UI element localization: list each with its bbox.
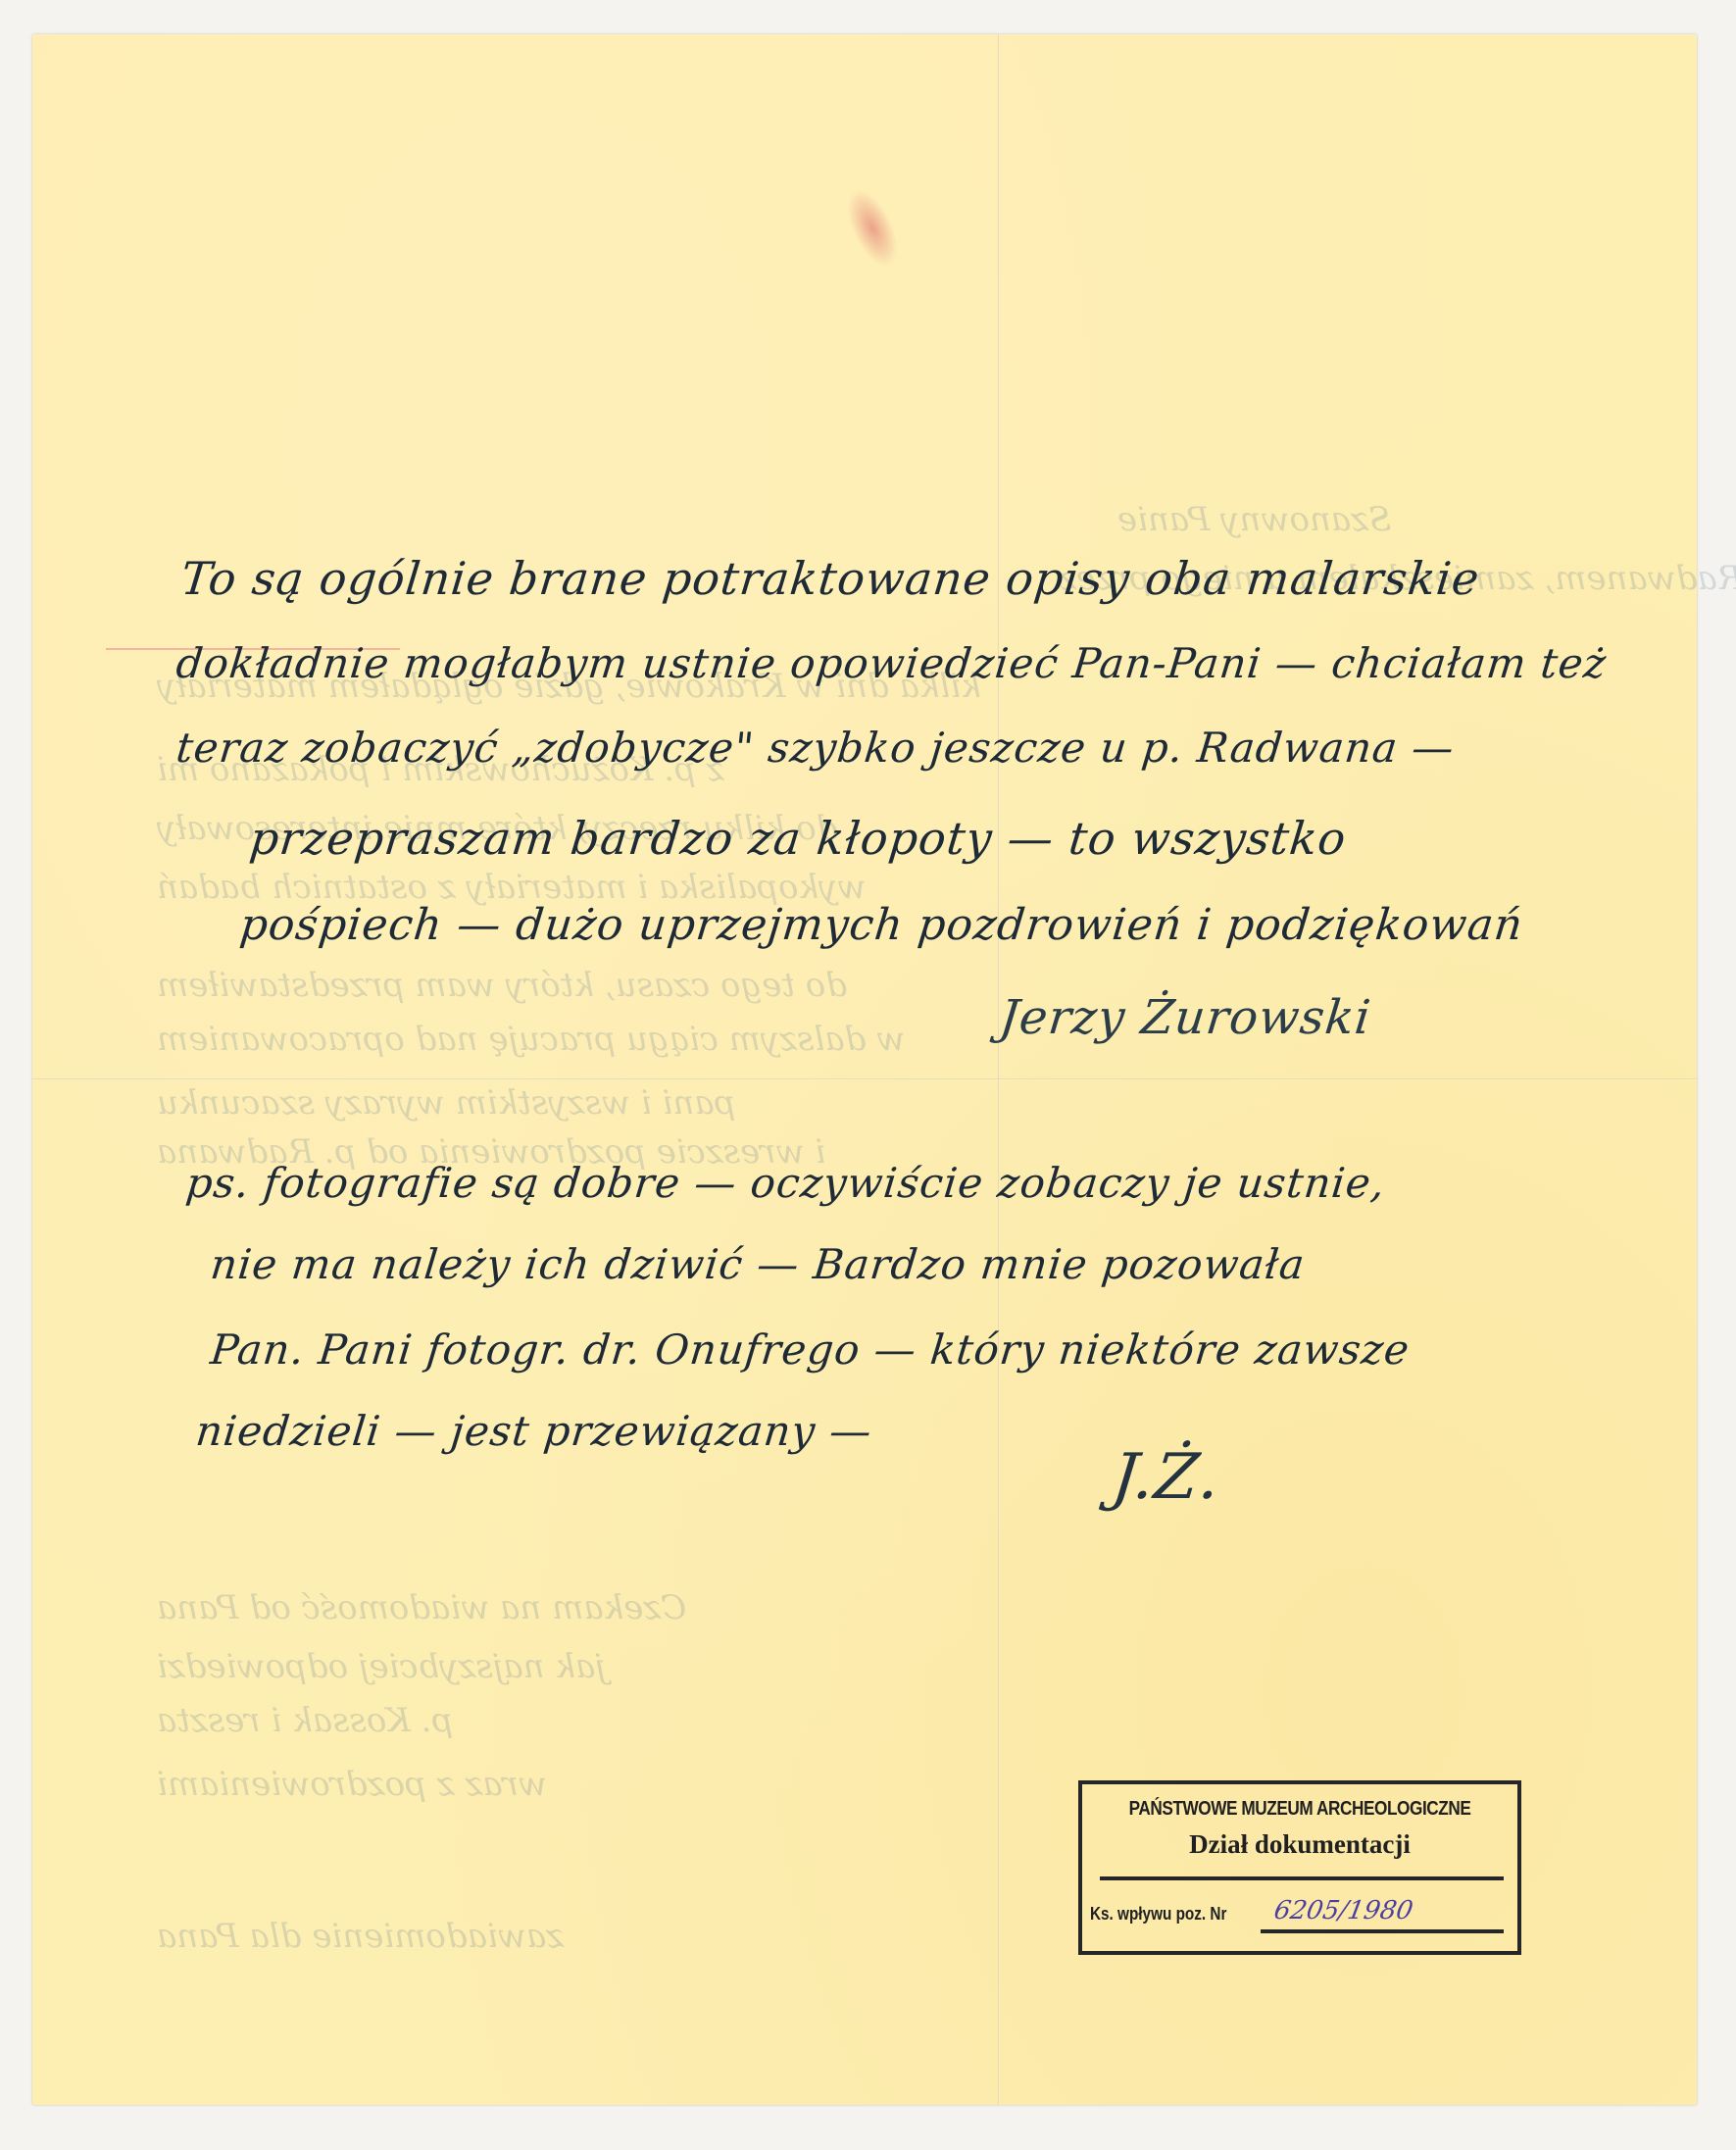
letter-line-4: przepraszam bardzo za kłopoty — to wszys… xyxy=(247,812,1349,865)
postscript-line-3: Pan. Pani fotogr. dr. Onufrego — który n… xyxy=(208,1325,1412,1374)
stamp-registry-underline xyxy=(1261,1929,1504,1933)
letter-line-3: teraz zobaczyć „zdobycze" szybko jeszcze… xyxy=(174,724,1457,772)
letter-line-5: pośpiech — dużo uprzejmych pozdrowień i … xyxy=(237,900,1525,950)
stamp-institution: PAŃSTWOWE MUZEUM ARCHEOLOGICZNE xyxy=(1113,1798,1487,1821)
stamp-department: Dział dokumentacji xyxy=(1082,1829,1517,1860)
letter-line-2: dokładnie mogłabym ustnie opowiedzieć Pa… xyxy=(174,639,1609,687)
horizontal-fold-crease xyxy=(32,1078,1697,1080)
signature-initials: J.Ż. xyxy=(1109,1441,1224,1514)
stamp-divider xyxy=(1100,1876,1504,1880)
postscript-line-2: nie ma należy ich dziwić — Bardzo mnie p… xyxy=(208,1240,1307,1288)
postscript-line-4: niedzieli — jest przewiązany — xyxy=(193,1407,874,1455)
signature-full: Jerzy Żurowski xyxy=(997,990,1373,1045)
letter-line-1: To są ogólnie brane potraktowane opisy o… xyxy=(178,552,1482,605)
vertical-fold-crease xyxy=(998,34,1000,2105)
stamp-registry-number: 6205/1980 xyxy=(1271,1896,1414,1925)
postscript-line-1: ps. fotografie są dobre — oczywiście zob… xyxy=(183,1159,1387,1207)
archive-accession-stamp: PAŃSTWOWE MUZEUM ARCHEOLOGICZNE Dział do… xyxy=(1078,1780,1521,1955)
stamp-registry-label: Ks. wpływu poz. Nr xyxy=(1090,1904,1226,1925)
